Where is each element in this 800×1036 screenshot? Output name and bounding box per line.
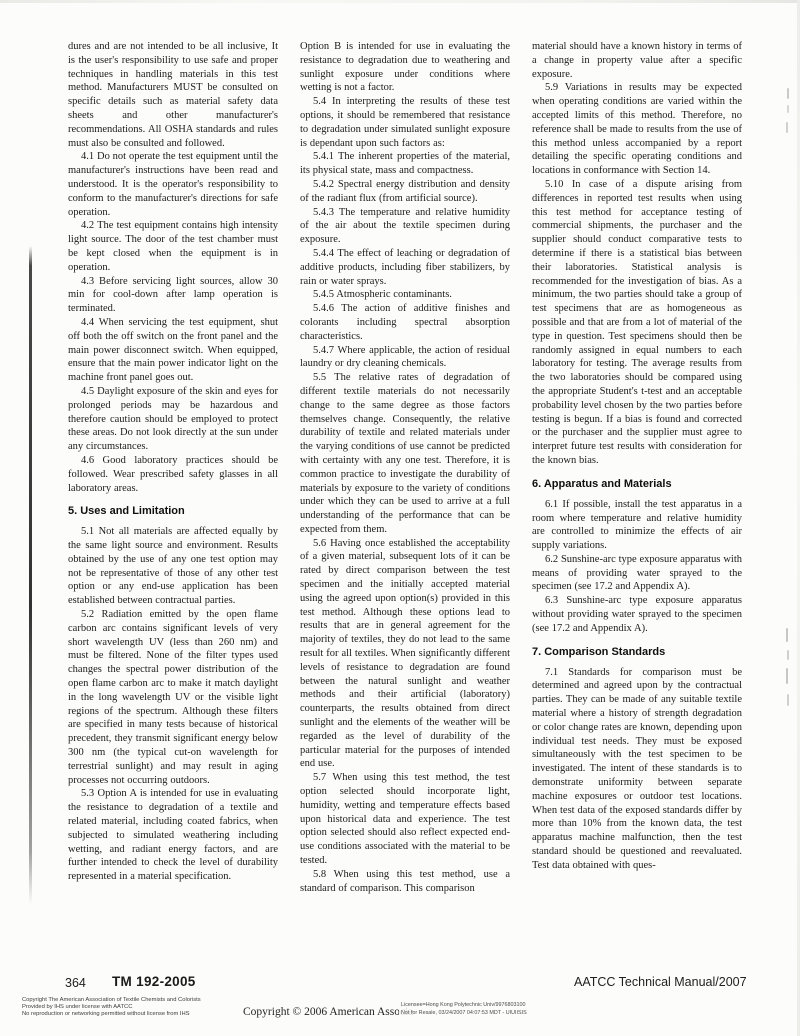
paragraph: 5.7 When using this test method, the tes… — [300, 771, 510, 868]
scan-artifact-dash — [786, 628, 788, 642]
paragraph: 5.1 Not all materials are affected equal… — [68, 525, 278, 608]
license-stamp: Licensee=Hong Kong Polytechnic Univ/9976… — [399, 1002, 529, 1017]
section-heading: 6. Apparatus and Materials — [532, 478, 742, 491]
scan-edge-top — [0, 0, 800, 3]
paragraph: 5.4.5 Atmospheric contaminants. — [300, 288, 510, 302]
page-footer: 364 TM 192-2005 AATCC Technical Manual/2… — [0, 974, 800, 994]
paragraph: 4.3 Before servicing light sources, allo… — [68, 275, 278, 316]
section-heading: 5. Uses and Limitation — [68, 505, 278, 518]
paragraph: 4.5 Daylight exposure of the skin and ey… — [68, 385, 278, 454]
paragraph: 5.4 In interpreting the results of these… — [300, 95, 510, 150]
scan-artifact-left-streak — [29, 246, 32, 904]
scan-artifact-dash — [787, 88, 789, 99]
scanned-document-page: { "document": { "columns": [ { "blocks":… — [0, 0, 800, 1036]
center-copyright: Copyright © 2006 American Associa — [243, 1006, 413, 1018]
column-right: material should have a known history in … — [532, 40, 742, 972]
scan-artifact-dash — [786, 122, 788, 133]
column-left: dures and are not intended to be all inc… — [68, 40, 278, 972]
scan-artifact-dash — [787, 650, 789, 660]
copyright-line: Provided by IHS under license with AATCC — [22, 1004, 201, 1011]
manual-title: AATCC Technical Manual/2007 — [574, 975, 747, 989]
column-middle: Option B is intended for use in evaluati… — [300, 40, 510, 972]
copyright-line: Copyright The American Association of Te… — [22, 997, 201, 1004]
paragraph: 5.4.3 The temperature and relative humid… — [300, 206, 510, 247]
section-heading: 7. Comparison Standards — [532, 646, 742, 659]
paragraph: 5.2 Radiation emitted by the open flame … — [68, 608, 278, 787]
paragraph: 5.3 Option A is intended for use in eval… — [68, 787, 278, 884]
paragraph: 6.1 If possible, install the test appara… — [532, 498, 742, 553]
scan-artifact-dash — [787, 694, 789, 706]
paragraph: 4.6 Good laboratory practices should be … — [68, 454, 278, 495]
paragraph: 5.4.4 The effect of leaching or degradat… — [300, 247, 510, 288]
paragraph: 6.2 Sunshine-arc type exposure apparatus… — [532, 553, 742, 594]
paragraph: 4.2 The test equipment contains high int… — [68, 219, 278, 274]
paragraph: 4.4 When servicing the test equipment, s… — [68, 316, 278, 385]
paragraph: 5.9 Variations in results may be expecte… — [532, 81, 742, 178]
paragraph: material should have a known history in … — [532, 40, 742, 81]
copyright-line: No reproduction or networking permitted … — [22, 1011, 201, 1018]
scan-artifact-dash — [787, 105, 789, 113]
paragraph: 7.1 Standards for comparison must be det… — [532, 666, 742, 873]
paragraph: 5.4.1 The inherent properties of the mat… — [300, 150, 510, 178]
paragraph: dures and are not intended to be all inc… — [68, 40, 278, 150]
paragraph: 5.10 In case of a dispute arising from d… — [532, 178, 742, 468]
paragraph: 4.1 Do not operate the test equipment un… — [68, 150, 278, 219]
paragraph: 5.8 When using this test method, use a s… — [300, 868, 510, 896]
license-line: Not for Resale, 03/24/2007 04:07:53 MDT … — [401, 1010, 527, 1018]
paragraph: 5.4.2 Spectral energy distribution and d… — [300, 178, 510, 206]
copyright-fine-print: Copyright The American Association of Te… — [22, 997, 201, 1018]
license-line: Licensee=Hong Kong Polytechnic Univ/9976… — [401, 1002, 527, 1010]
page-number: 364 — [65, 976, 86, 990]
paragraph: 5.4.7 Where applicable, the action of re… — [300, 344, 510, 372]
paragraph: 5.6 Having once established the acceptab… — [300, 537, 510, 772]
paragraph: 5.5 The relative rates of degradation of… — [300, 371, 510, 537]
text-columns: dures and are not intended to be all inc… — [68, 40, 744, 972]
scan-artifact-dash — [786, 668, 788, 684]
standard-code: TM 192-2005 — [112, 974, 196, 989]
paragraph: Option B is intended for use in evaluati… — [300, 40, 510, 95]
paragraph: 6.3 Sunshine-arc type exposure apparatus… — [532, 594, 742, 635]
paragraph: 5.4.6 The action of additive finishes an… — [300, 302, 510, 343]
